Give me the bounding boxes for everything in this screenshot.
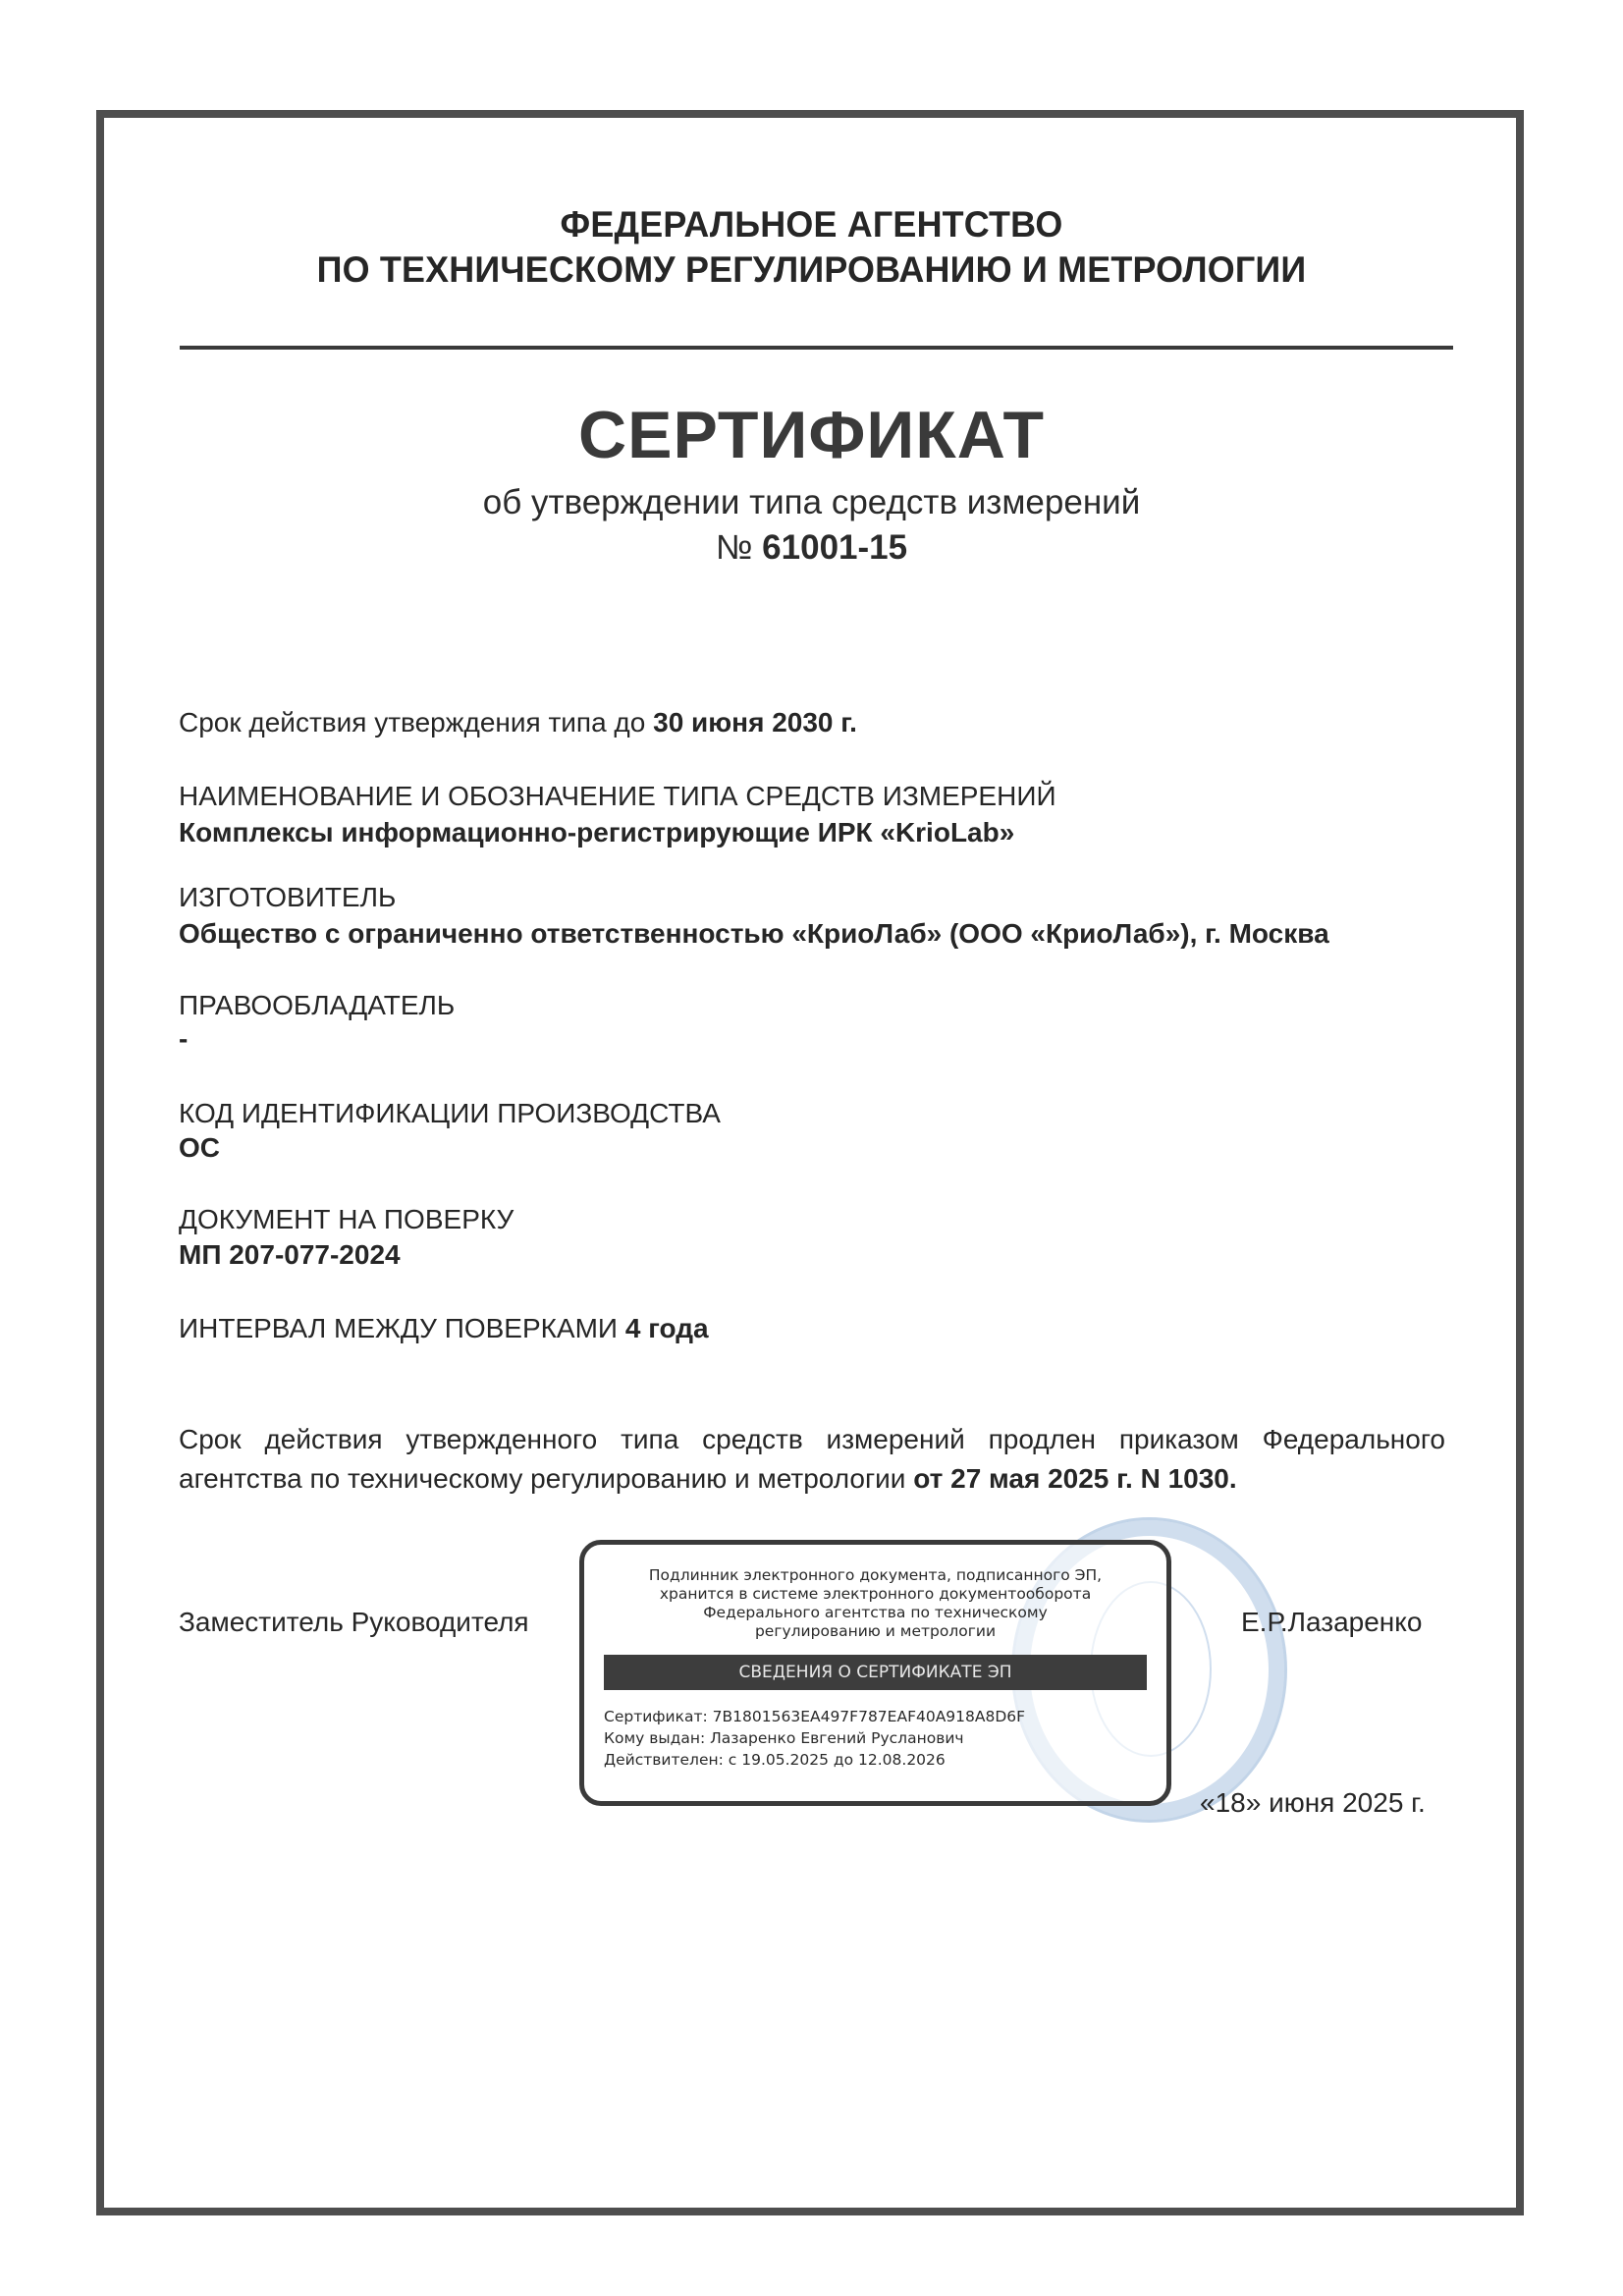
rights-holder-value: - — [179, 1023, 188, 1055]
manufacturer-label: ИЗГОТОВИТЕЛЬ — [179, 882, 396, 913]
extension-text: Срок действия утвержденного типа средств… — [179, 1424, 1445, 1494]
validity-text: Срок действия утверждения типа до — [179, 707, 645, 738]
validity-date: 30 июня 2030 г. — [653, 707, 857, 738]
signatory-name: Е.Р.Лазаренко — [1241, 1607, 1422, 1638]
certificate-subtitle: об утверждении типа средств измерений — [0, 483, 1623, 522]
electronic-signature-box: Подлинник электронного документа, подпис… — [579, 1540, 1171, 1806]
e-signature-details: Сертификат: 7B1801563EA497F787EAF40A918A… — [604, 1706, 1025, 1771]
instrument-type-label: НАИМЕНОВАНИЕ И ОБОЗНАЧЕНИЕ ТИПА СРЕДСТВ … — [179, 781, 1056, 812]
extension-paragraph: Срок действия утвержденного типа средств… — [179, 1420, 1445, 1499]
agency-name-line2: ПО ТЕХНИЧЕСКОМУ РЕГУЛИРОВАНИЮ И МЕТРОЛОГ… — [25, 249, 1598, 291]
verification-document-value: МП 207-077-2024 — [179, 1239, 401, 1271]
number-sign: № — [716, 528, 753, 567]
extension-order: от 27 мая 2025 г. N 1030. — [913, 1463, 1236, 1494]
e-signature-note: Подлинник электронного документа, подпис… — [584, 1566, 1166, 1641]
e-signature-certificate-id: Сертификат: 7B1801563EA497F787EAF40A918A… — [604, 1706, 1025, 1727]
verification-document-label: ДОКУМЕНТ НА ПОВЕРКУ — [179, 1204, 514, 1235]
e-signature-note-line: хранится в системе электронного документ… — [584, 1585, 1166, 1604]
e-signature-note-line: Подлинник электронного документа, подпис… — [584, 1566, 1166, 1585]
verification-interval: ИНТЕРВАЛ МЕЖДУ ПОВЕРКАМИ 4 года — [179, 1313, 709, 1344]
manufacturer-value: Общество с ограниченно ответственностью … — [179, 918, 1329, 950]
number-value: 61001-15 — [762, 528, 907, 567]
header-divider — [180, 346, 1453, 350]
e-signature-note-line: Федерального агентства по техническому — [584, 1604, 1166, 1622]
certificate-number: № 61001-15 — [0, 528, 1623, 568]
signature-date: «18» июня 2025 г. — [1200, 1787, 1426, 1819]
e-signature-validity: Действителен: с 19.05.2025 до 12.08.2026 — [604, 1749, 1025, 1771]
verification-interval-value: 4 года — [625, 1313, 709, 1343]
e-signature-header-bar: СВЕДЕНИЯ О СЕРТИФИКАТЕ ЭП — [604, 1655, 1147, 1690]
agency-name-line1: ФЕДЕРАЛЬНОЕ АГЕНТСТВО — [25, 204, 1598, 246]
production-code-label: КОД ИДЕНТИФИКАЦИИ ПРОИЗВОДСТВА — [179, 1098, 721, 1129]
production-code-value: ОС — [179, 1132, 220, 1164]
validity-line: Срок действия утверждения типа до 30 июн… — [179, 707, 857, 738]
instrument-type-value: Комплексы информационно-регистрирующие И… — [179, 817, 1014, 848]
e-signature-note-line: регулированию и метрологии — [584, 1622, 1166, 1641]
e-signature-issued-to: Кому выдан: Лазаренко Евгений Русланович — [604, 1727, 1025, 1749]
certificate-title: СЕРТИФИКАТ — [0, 397, 1623, 473]
signatory-role: Заместитель Руководителя — [179, 1607, 529, 1638]
verification-interval-label: ИНТЕРВАЛ МЕЖДУ ПОВЕРКАМИ — [179, 1313, 618, 1343]
rights-holder-label: ПРАВООБЛАДАТЕЛЬ — [179, 990, 455, 1021]
